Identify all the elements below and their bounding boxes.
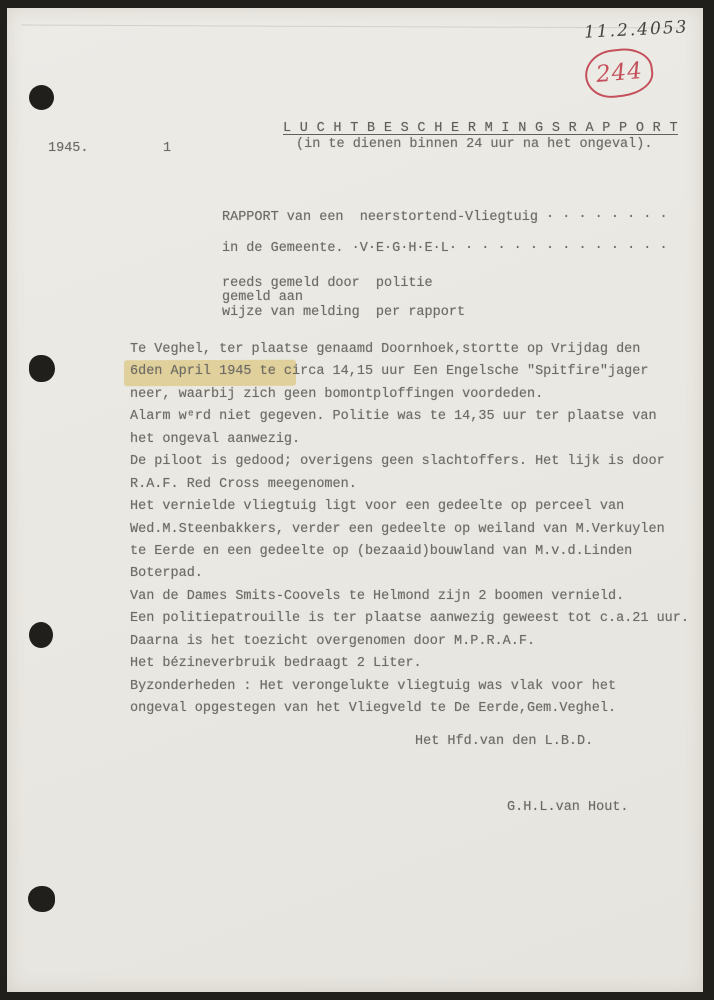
body-line: De piloot is gedood; overigens geen slac… (130, 451, 710, 473)
body-line: Het bézineverbruik bedraagt 2 Liter. (130, 653, 710, 675)
body-line: Van de Dames Smits-Coovels te Helmond zi… (130, 586, 710, 608)
document-title: L U C H T B E S C H E R M I N G S R A P … (283, 121, 678, 136)
punch-hole (28, 886, 55, 912)
document-subtitle: (in te dienen binnen 24 uur na het ongev… (296, 137, 652, 152)
photo-background: 11.2.4053 244 1945. 1 L U C H T B E S C … (0, 0, 714, 1000)
signoff-line: Het Hfd.van den L.B.D. (415, 734, 593, 749)
body-line: Een politiepatrouille is ter plaatse aan… (130, 608, 710, 630)
body-line: R.A.F. Red Cross meegenomen. (130, 474, 710, 496)
form-line-gemeld-aan: gemeld aan (222, 290, 303, 305)
report-body: Te Veghel, ter plaatse genaamd Doornhoek… (130, 339, 710, 720)
body-line: Te Veghel, ter plaatse genaamd Doornhoek… (130, 339, 710, 361)
form-line-gemeente: in de Gemeente. ·V·E·G·H·E·L· · · · · · … (222, 241, 668, 256)
punch-hole (29, 355, 55, 382)
punch-hole (29, 85, 54, 110)
stamp-circle: 244 (582, 45, 655, 101)
year-label: 1945. (48, 141, 89, 156)
body-line: neer, waarbij zich geen bomontploffingen… (130, 384, 710, 406)
stamp-number: 244 (595, 58, 644, 88)
body-line: Boterpad. (130, 563, 710, 585)
body-line: het ongeval aanwezig. (130, 429, 710, 451)
form-line-reeds-gemeld: reeds gemeld door politie (222, 276, 433, 291)
form-line-wijze-melding: wijze van melding per rapport (222, 305, 465, 320)
signature-name: G.H.L.van Hout. (507, 800, 629, 815)
body-line: ongeval opgestegen van het Vliegveld te … (130, 698, 710, 720)
document-page: 11.2.4053 244 1945. 1 L U C H T B E S C … (7, 8, 703, 992)
page-number: 1 (163, 141, 171, 156)
body-line: Alarm wᵉrd niet gegeven. Politie was te … (130, 406, 710, 428)
body-line: 6den April 1945 te circa 14,15 uur Een E… (130, 361, 710, 383)
archive-number-handwritten: 11.2.4053 (584, 17, 689, 42)
body-line: Byzonderheden : Het verongelukte vliegtu… (130, 676, 710, 698)
form-line-rapport: RAPPORT van een neerstortend-Vliegtuig ·… (222, 210, 668, 225)
body-line: Wed.M.Steenbakkers, verder een gedeelte … (130, 519, 710, 541)
punch-hole (29, 622, 53, 648)
paper-crease (21, 25, 681, 31)
body-line: Daarna is het toezicht overgenomen door … (130, 631, 710, 653)
body-line: Het vernielde vliegtuig ligt voor een ge… (130, 496, 710, 518)
body-line: te Eerde en een gedeelte op (bezaaid)bou… (130, 541, 710, 563)
